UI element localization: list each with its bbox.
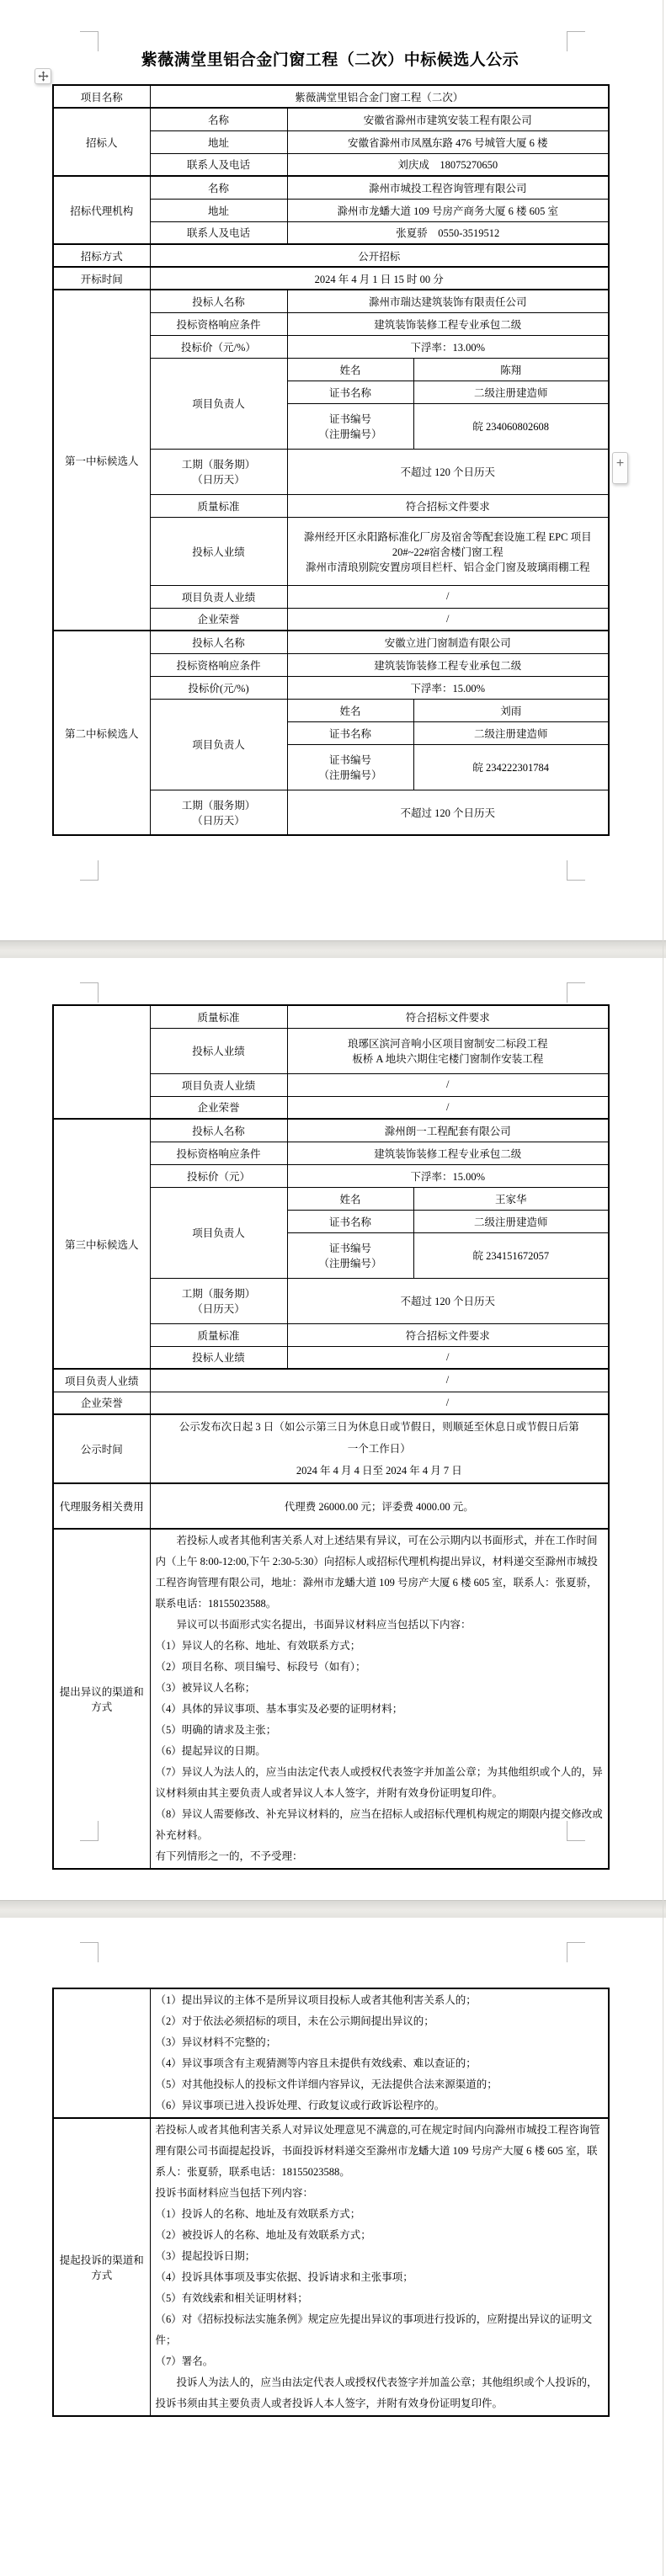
value-c3-bidder: 滁州朗一工程配套有限公司: [287, 1119, 609, 1142]
label-c2-duration: 工期（服务期） （日历天）: [150, 790, 287, 835]
value-c3-bidder-perf: /: [287, 1346, 609, 1369]
margin-mark-bottom-left: [80, 860, 99, 881]
label-c2-cert-no: 证书编号 （注册编号）: [287, 744, 413, 790]
value-c2-bidder: 安徽立进门窗制造有限公司: [287, 631, 609, 653]
label-c3-duration: 工期（服务期） （日历天）: [150, 1278, 287, 1323]
label-candidate-1: 第一中标候选人: [53, 290, 150, 631]
value-c1-pm-perf: /: [287, 585, 609, 608]
value-project-name: 紫薇满堂里铝合金门窗工程（二次）: [150, 85, 609, 108]
value-c3-duration: 不超过 120 个日历天: [287, 1278, 609, 1323]
label-c1-honor: 企业荣誉: [150, 608, 287, 631]
label-c3-honor: 企业荣誉: [53, 1392, 150, 1414]
label-c2-bidder: 投标人名称: [150, 631, 287, 653]
page-gap-band: [0, 940, 666, 958]
document-canvas: 紫薇满堂里铝合金门窗工程（二次）中标候选人公示 项目名称 紫薇满堂里铝合金门窗工…: [0, 0, 666, 2576]
margin-mark-top-left: [80, 982, 99, 1003]
label-c3-cert-no: 证书编号 （注册编号）: [287, 1232, 413, 1278]
margin-mark-top-right: [567, 982, 585, 1003]
label-agency: 招标代理机构: [53, 176, 150, 244]
label-c1-duration: 工期（服务期） （日历天）: [150, 449, 287, 494]
label-c3-bidder: 投标人名称: [150, 1119, 287, 1142]
label-c2-pm-name: 姓名: [287, 699, 413, 721]
value-agency-name: 滁州市城投工程咨询管理有限公司: [287, 176, 609, 199]
value-publicity-time: 公示发布次日起 3 日（如公示第三日为休息日或节假日，则顺延至休息日或节假日后第…: [150, 1414, 609, 1483]
label-tenderer-address: 地址: [150, 130, 287, 153]
label-project-name: 项目名称: [53, 85, 150, 108]
label-c3-qualification: 投标资格响应条件: [150, 1142, 287, 1164]
label-c3-pm-name: 姓名: [287, 1187, 413, 1210]
label-c1-bidder-perf: 投标人业绩: [150, 517, 287, 585]
value-method: 公开招标: [150, 244, 609, 267]
page-title: 紫薇满堂里铝合金门窗工程（二次）中标候选人公示: [52, 47, 608, 70]
insert-row-plus-button[interactable]: +: [612, 452, 628, 484]
label-c1-qualification: 投标资格响应条件: [150, 312, 287, 335]
label-c3-quality: 质量标准: [150, 1323, 287, 1346]
label-method: 招标方式: [53, 244, 150, 267]
value-c1-bidder-perf: 滁州经开区永阳路标准化厂房及宿舍等配套设施工程 EPC 项目 20#~22#宿舍…: [287, 517, 609, 585]
value-c3-honor: /: [287, 1392, 609, 1414]
label-c3-cert-name: 证书名称: [287, 1210, 413, 1232]
label-c1-pm-perf: 项目负责人业绩: [150, 585, 287, 608]
label-objection-channel: 提出异议的渠道和方式: [53, 1529, 150, 1869]
label-c3-pm-perf-spacer: [150, 1369, 287, 1392]
label-tenderer: 招标人: [53, 108, 150, 176]
label-c2-qualification: 投标资格响应条件: [150, 653, 287, 676]
bid-result-table-page2: 质量标准 符合招标文件要求 投标人业绩 琅琊区滨河音响小区项目窗制安二标段工程 …: [52, 1004, 610, 1870]
label-c2-cert-name: 证书名称: [287, 721, 413, 744]
value-c3-pm-name: 王家华: [413, 1187, 609, 1210]
value-tenderer-contact: 刘庆成 18075270650: [287, 153, 609, 176]
label-c2-honor: 企业荣誉: [150, 1096, 287, 1119]
label-agency-fee: 代理服务相关费用: [53, 1483, 150, 1529]
value-c2-price: 下浮率：15.00%: [287, 676, 609, 699]
value-agency-fee: 代理费 26000.00 元；评委费 4000.00 元。: [150, 1483, 609, 1529]
label-c1-pm: 项目负责人: [150, 358, 287, 449]
value-tenderer-address: 安徽省滁州市凤凰东路 476 号城管大厦 6 楼: [287, 130, 609, 153]
label-c2-quality: 质量标准: [150, 1005, 287, 1028]
value-c3-cert-no: 皖 234151672057: [413, 1232, 609, 1278]
value-c3-qualification: 建筑装饰装修工程专业承包二级: [287, 1142, 609, 1164]
page-2: 质量标准 符合招标文件要求 投标人业绩 琅琊区滨河音响小区项目窗制安二标段工程 …: [0, 958, 663, 1900]
label-c1-price: 投标价（元/%）: [150, 335, 287, 358]
value-c3-price: 下浮率：15.00%: [287, 1164, 609, 1187]
table-move-handle[interactable]: [35, 68, 51, 84]
value-c2-cert-no: 皖 234222301784: [413, 744, 609, 790]
label-candidate-2: 第二中标候选人: [53, 631, 150, 835]
value-tenderer-name: 安徽省滁州市建筑安装工程有限公司: [287, 108, 609, 130]
label-c2-pm-perf: 项目负责人业绩: [150, 1073, 287, 1096]
label-complaint-channel: 提起投诉的渠道和方式: [53, 2118, 150, 2416]
label-c3-bidder-perf: 投标人业绩: [150, 1346, 287, 1369]
value-c1-cert-name: 二级注册建造师: [413, 381, 609, 403]
margin-mark-top-left: [80, 1942, 99, 1962]
value-c2-bidder-perf: 琅琊区滨河音响小区项目窗制安二标段工程 板桥 A 地块六期住宅楼门窗制作安装工程: [287, 1028, 609, 1073]
value-c3-cert-name: 二级注册建造师: [413, 1210, 609, 1232]
label-c1-bidder: 投标人名称: [150, 290, 287, 312]
margin-mark-top-right: [567, 1942, 585, 1962]
label-publicity-time: 公示时间: [53, 1414, 150, 1483]
value-c2-cert-name: 二级注册建造师: [413, 721, 609, 744]
page-gap-band: [0, 1900, 666, 1918]
value-c1-honor: /: [287, 608, 609, 631]
label-c1-quality: 质量标准: [150, 494, 287, 517]
value-c2-honor: /: [287, 1096, 609, 1119]
label-c1-cert-no: 证书编号 （注册编号）: [287, 403, 413, 449]
value-c1-duration: 不超过 120 个日历天: [287, 449, 609, 494]
bid-result-table-page1: 项目名称 紫薇满堂里铝合金门窗工程（二次） 招标人 名称 安徽省滁州市建筑安装工…: [52, 84, 610, 836]
label-c2-price: 投标价(元/%): [150, 676, 287, 699]
label-objection-continued: [53, 1988, 150, 2118]
value-complaint-channel: 若投标人或者其他利害关系人对异议处理意见不满意的,可在规定时间内向滁州市城投工程…: [150, 2118, 609, 2416]
label-c2-pm: 项目负责人: [150, 699, 287, 790]
label-tenderer-name: 名称: [150, 108, 287, 130]
bid-result-table-page3: （1）提出异议的主体不是所异议项目投标人或者其他利害关系人的； （2）对于依法必…: [52, 1988, 610, 2417]
label-candidate-2-continued: [53, 1005, 150, 1119]
value-objection-channel-part2: （1）提出异议的主体不是所异议项目投标人或者其他利害关系人的； （2）对于依法必…: [150, 1988, 609, 2118]
value-agency-address: 滁州市龙蟠大道 109 号房产商务大厦 6 楼 605 室: [287, 199, 609, 221]
value-c3-pm-perf: /: [287, 1369, 609, 1392]
value-c2-quality: 符合招标文件要求: [287, 1005, 609, 1028]
label-agency-contact: 联系人及电话: [150, 221, 287, 244]
label-agency-address: 地址: [150, 199, 287, 221]
margin-mark-bottom-right: [567, 860, 585, 881]
value-c1-qualification: 建筑装饰装修工程专业承包二级: [287, 312, 609, 335]
value-c1-quality: 符合招标文件要求: [287, 494, 609, 517]
value-agency-contact: 张夏骄 0550-3519512: [287, 221, 609, 244]
value-open-time: 2024 年 4 月 1 日 15 时 00 分: [150, 267, 609, 290]
value-c2-pm-perf: /: [287, 1073, 609, 1096]
label-c3-pm: 项目负责人: [150, 1187, 287, 1278]
value-c1-price: 下浮率：13.00%: [287, 335, 609, 358]
value-objection-channel-part1: 若投标人或者其他利害关系人对上述结果有异议，可在公示期内以书面形式，并在工作时间…: [150, 1529, 609, 1869]
label-c2-bidder-perf: 投标人业绩: [150, 1028, 287, 1073]
value-c2-duration: 不超过 120 个日历天: [287, 790, 609, 835]
label-candidate-3: 第三中标候选人: [53, 1119, 150, 1369]
label-c3-pm-perf: 项目负责人业绩: [53, 1369, 150, 1392]
value-c3-quality: 符合招标文件要求: [287, 1323, 609, 1346]
value-c2-pm-name: 刘雨: [413, 699, 609, 721]
label-c3-honor-spacer: [150, 1392, 287, 1414]
value-c1-bidder: 滁州市瑞达建筑装饰有限责任公司: [287, 290, 609, 312]
page-3: （1）提出异议的主体不是所异议项目投标人或者其他利害关系人的； （2）对于依法必…: [0, 1918, 663, 2576]
value-c1-cert-no: 皖 234060802608: [413, 403, 609, 449]
label-agency-name: 名称: [150, 176, 287, 199]
value-c2-qualification: 建筑装饰装修工程专业承包二级: [287, 653, 609, 676]
value-c1-pm-name: 陈翔: [413, 358, 609, 381]
view-right-edge-line: [663, 0, 663, 2576]
label-tenderer-contact: 联系人及电话: [150, 153, 287, 176]
label-open-time: 开标时间: [53, 267, 150, 290]
label-c1-cert-name: 证书名称: [287, 381, 413, 403]
label-c3-price: 投标价（元）: [150, 1164, 287, 1187]
move-cross-icon: [38, 71, 49, 82]
label-c1-pm-name: 姓名: [287, 358, 413, 381]
page-1: 紫薇满堂里铝合金门窗工程（二次）中标候选人公示 项目名称 紫薇满堂里铝合金门窗工…: [0, 0, 663, 940]
